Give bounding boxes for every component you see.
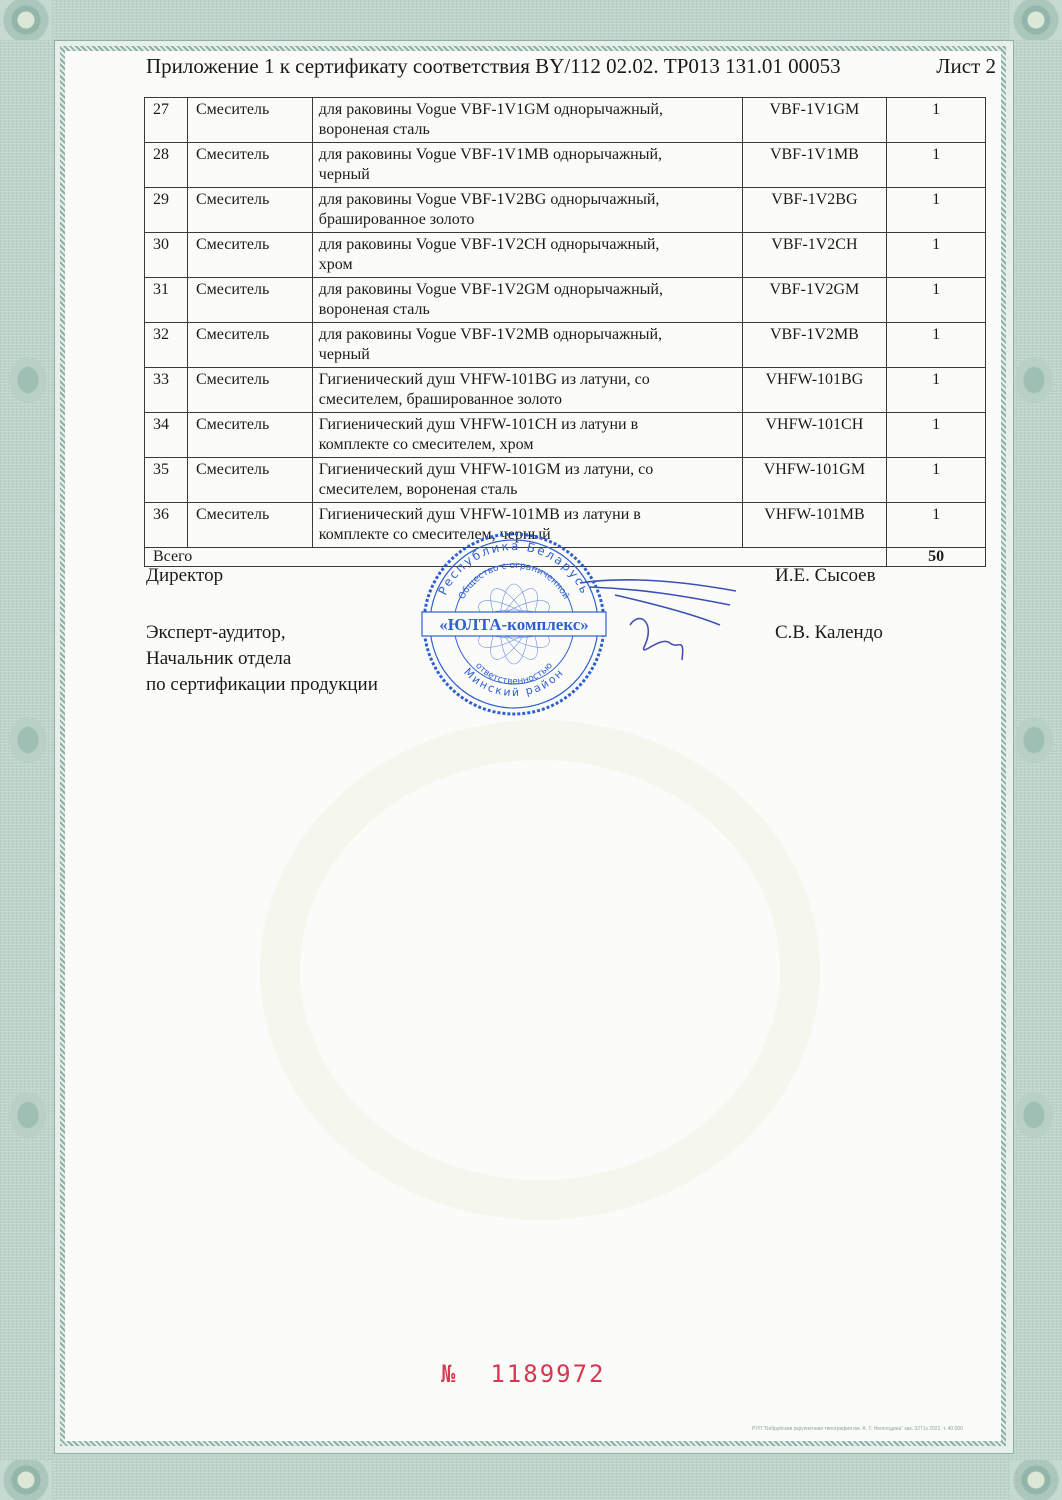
side-ornament xyxy=(8,1090,48,1140)
expert-title-line: Эксперт-аудитор, xyxy=(146,620,378,646)
product-quantity: 1 xyxy=(887,188,986,233)
table-row: 34СмесительГигиенический душ VHFW-101CH … xyxy=(145,413,986,458)
total-value: 50 xyxy=(887,548,986,567)
expert-title: Эксперт-аудитор, Начальник отдела по сер… xyxy=(146,620,378,698)
expert-name: С.В. Календо xyxy=(775,620,883,646)
product-description: для раковины Vogue VBF-1V2MB однорычажны… xyxy=(312,323,742,368)
product-quantity: 1 xyxy=(887,458,986,503)
table-row: 27Смесительдля раковины Vogue VBF-1V1GM … xyxy=(145,98,986,143)
product-model: VBF-1V2CH xyxy=(742,233,887,278)
product-quantity: 1 xyxy=(887,98,986,143)
table-row: 35СмесительГигиенический душ VHFW-101GM … xyxy=(145,458,986,503)
company-stamp: Республика Беларусь Общество с ограничен… xyxy=(418,530,610,718)
product-quantity: 1 xyxy=(887,368,986,413)
product-quantity: 1 xyxy=(887,503,986,548)
watermark-emblem xyxy=(260,720,820,1220)
product-model: VBF-1V2GM xyxy=(742,278,887,323)
product-model: VHFW-101MB xyxy=(742,503,887,548)
side-ornament xyxy=(8,355,48,405)
number-sign: № xyxy=(441,1360,457,1388)
row-number: 27 xyxy=(145,98,188,143)
product-name: Смеситель xyxy=(187,278,312,323)
product-name: Смеситель xyxy=(187,368,312,413)
product-name: Смеситель xyxy=(187,98,312,143)
corner-ornament xyxy=(0,0,52,40)
side-ornament xyxy=(1014,355,1054,405)
product-model: VBF-1V2MB xyxy=(742,323,887,368)
table-row: 32Смесительдля раковины Vogue VBF-1V2MB … xyxy=(145,323,986,368)
table-row: 31Смесительдля раковины Vogue VBF-1V2GM … xyxy=(145,278,986,323)
product-name: Смеситель xyxy=(187,233,312,278)
row-number: 30 xyxy=(145,233,188,278)
serial-value: 1189972 xyxy=(490,1360,605,1388)
side-ornament xyxy=(1014,715,1054,765)
row-number: 33 xyxy=(145,368,188,413)
corner-ornament xyxy=(1010,0,1062,40)
product-quantity: 1 xyxy=(887,413,986,458)
product-model: VHFW-101GM xyxy=(742,458,887,503)
product-quantity: 1 xyxy=(887,278,986,323)
director-name: И.Е. Сысоев xyxy=(775,563,876,589)
row-number: 35 xyxy=(145,458,188,503)
expert-title-line: Начальник отдела xyxy=(146,646,378,672)
product-description: для раковины Vogue VBF-1V1GM однорычажны… xyxy=(312,98,742,143)
table-row: 30Смесительдля раковины Vogue VBF-1V2CH … xyxy=(145,233,986,278)
side-ornament xyxy=(1014,1090,1054,1140)
row-number: 34 xyxy=(145,413,188,458)
side-ornament xyxy=(8,715,48,765)
products-table: 27Смесительдля раковины Vogue VBF-1V1GM … xyxy=(144,97,986,567)
document-header: Приложение 1 к сертификату соответствия … xyxy=(146,54,996,79)
product-description: для раковины Vogue VBF-1V1MB однорычажны… xyxy=(312,143,742,188)
product-model: VBF-1V1MB xyxy=(742,143,887,188)
product-quantity: 1 xyxy=(887,323,986,368)
product-name: Смеситель xyxy=(187,458,312,503)
document-title: Приложение 1 к сертификату соответствия … xyxy=(146,54,841,79)
product-description: Гигиенический душ VHFW-101CH из латуни в… xyxy=(312,413,742,458)
corner-ornament xyxy=(0,1460,52,1500)
product-description: для раковины Vogue VBF-1V2GM однорычажны… xyxy=(312,278,742,323)
director-title: Директор xyxy=(146,563,223,589)
row-number: 31 xyxy=(145,278,188,323)
product-quantity: 1 xyxy=(887,143,986,188)
table-row: 29Смесительдля раковины Vogue VBF-1V2BG … xyxy=(145,188,986,233)
certificate-serial-number: № 1189972 xyxy=(441,1360,606,1388)
product-model: VHFW-101BG xyxy=(742,368,887,413)
product-description: Гигиенический душ VHFW-101BG из латуни, … xyxy=(312,368,742,413)
sheet-number: Лист 2 xyxy=(936,54,996,79)
product-model: VHFW-101CH xyxy=(742,413,887,458)
product-name: Смеситель xyxy=(187,413,312,458)
row-number: 32 xyxy=(145,323,188,368)
row-number: 29 xyxy=(145,188,188,233)
expert-title-line: по сертификации продукции xyxy=(146,672,378,698)
product-quantity: 1 xyxy=(887,233,986,278)
product-description: для раковины Vogue VBF-1V2CH однорычажны… xyxy=(312,233,742,278)
printer-imprint: РУП "Бобруйская укрупненная типография и… xyxy=(752,1426,963,1432)
product-model: VBF-1V2BG xyxy=(742,188,887,233)
product-name: Смеситель xyxy=(187,323,312,368)
row-number: 28 xyxy=(145,143,188,188)
table-row: 28Смесительдля раковины Vogue VBF-1V1MB … xyxy=(145,143,986,188)
product-model: VBF-1V1GM xyxy=(742,98,887,143)
row-number: 36 xyxy=(145,503,188,548)
svg-text:«ЮЛТА-комплекс»: «ЮЛТА-комплекс» xyxy=(439,615,589,634)
product-name: Смеситель xyxy=(187,188,312,233)
corner-ornament xyxy=(1010,1460,1062,1500)
svg-text:Общество с ограниченной: Общество с ограниченной xyxy=(457,561,571,601)
product-name: Смеситель xyxy=(187,503,312,548)
table-row: 33СмесительГигиенический душ VHFW-101BG … xyxy=(145,368,986,413)
product-description: Гигиенический душ VHFW-101GM из латуни, … xyxy=(312,458,742,503)
product-description: для раковины Vogue VBF-1V2BG однорычажны… xyxy=(312,188,742,233)
product-name: Смеситель xyxy=(187,143,312,188)
